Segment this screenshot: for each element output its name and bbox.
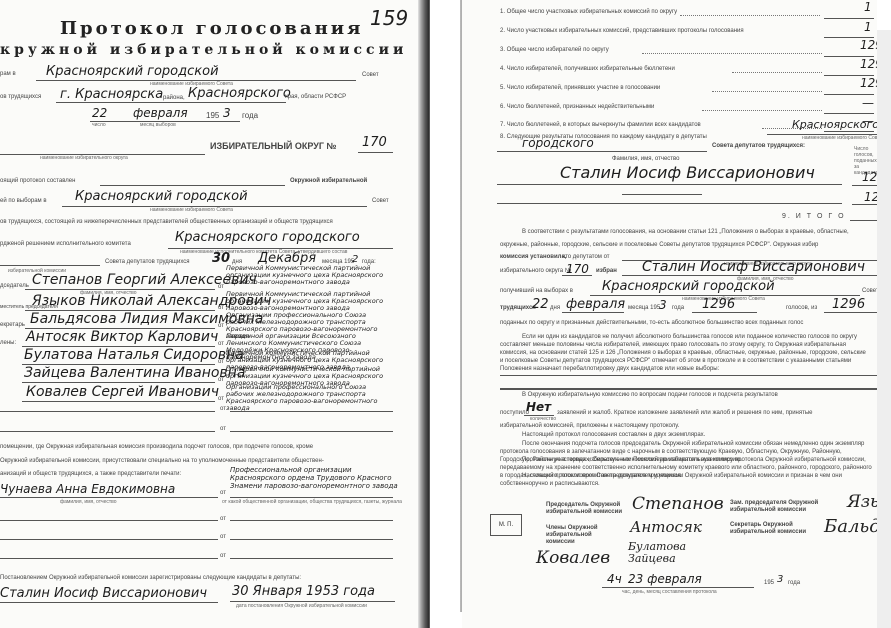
krai-name: Красноярского xyxy=(188,86,291,101)
votes-total: 1296 xyxy=(832,297,865,312)
council-name-part1: Красноярского xyxy=(792,118,877,131)
member-organization: Первичной Коммунистической партийной орг… xyxy=(226,265,396,286)
district-label: ИЗБИРАТЕЛЬНЫЙ ОКРУГ № xyxy=(210,141,336,151)
signed-time: 4ч xyxy=(607,572,622,586)
election-month: февраля xyxy=(566,297,625,312)
candidate-votes: 129 xyxy=(862,170,877,184)
signed-year-digit: 3 xyxy=(777,574,783,585)
press-organization: Профессиональной организации Красноярско… xyxy=(230,466,405,490)
date-year-digit: 3 xyxy=(223,106,231,120)
stamp-place: М. П. xyxy=(490,514,522,536)
commission-title: кружной избирательной комиссии xyxy=(0,42,407,58)
candidate-name: Сталин Иосиф Виссарионович xyxy=(560,163,815,182)
member-signature: Антосяк xyxy=(630,518,702,536)
right-margin-strip xyxy=(877,30,891,628)
member-name: Антосяк Виктор Карлович xyxy=(26,329,218,345)
complaints-count: Нет xyxy=(526,400,551,414)
council-name-part2: городского xyxy=(522,136,594,150)
registration-date: 30 Января 1953 года xyxy=(232,584,375,599)
registered-candidate: Сталин Иосиф Виссарионович xyxy=(0,586,207,601)
left-document-page: Протокол голосования 159 кружной избират… xyxy=(0,0,418,628)
elected-candidate-name: Сталин Иосиф Виссарионович xyxy=(642,259,865,275)
total-label: 9. И Т О Г О xyxy=(782,213,846,220)
member-name: Булатова Наталья Сидоровна xyxy=(24,347,244,363)
signed-date: 23 февраля xyxy=(628,572,702,586)
city-name: г. Красноярска xyxy=(60,87,163,102)
deputy-signature: Язы xyxy=(847,492,877,512)
election-day: 22 xyxy=(532,297,549,312)
member-name: Зайцева Валентина Ивановна xyxy=(24,365,245,381)
right-document-page: 1. Общее число участковых избирательных … xyxy=(462,0,877,628)
subtotal-votes: 12 xyxy=(864,190,877,204)
elected-district-number: 170 xyxy=(566,262,589,276)
chair-signature: Степанов xyxy=(632,494,724,514)
secretary-signature: Бальдя xyxy=(824,516,877,537)
council-name: Красноярский городской xyxy=(46,64,219,79)
votes-received: 1296 xyxy=(702,297,735,312)
date-month: февраля xyxy=(133,106,188,120)
date-day: 22 xyxy=(92,106,107,120)
page-gutter-shadow xyxy=(418,0,430,628)
no-majority-paragraph: Если ни один из кандидатов не получил аб… xyxy=(500,333,870,373)
member-organization: Первичной Коммунистической партийной орг… xyxy=(226,291,396,312)
protocol-title: Протокол голосования xyxy=(60,18,363,39)
member-organization: Организации профессионального Союза рабо… xyxy=(226,384,396,412)
elected-council-name: Красноярский городской xyxy=(602,279,775,294)
approved-by-committee: Красноярского городского xyxy=(175,230,360,245)
election-year-digit: 3 xyxy=(659,298,667,312)
elections-council: Красноярский городской xyxy=(75,189,248,204)
press-representative: Чунаева Анна Евдокимовна xyxy=(0,482,175,496)
member-signature: Зайцева xyxy=(628,552,676,565)
sheet-number: 159 xyxy=(370,6,408,30)
page-gap xyxy=(430,0,460,628)
district-number: 170 xyxy=(362,135,387,150)
member-name: Ковалев Сергей Иванович xyxy=(26,384,219,400)
member-signature: Ковалев xyxy=(536,548,610,568)
